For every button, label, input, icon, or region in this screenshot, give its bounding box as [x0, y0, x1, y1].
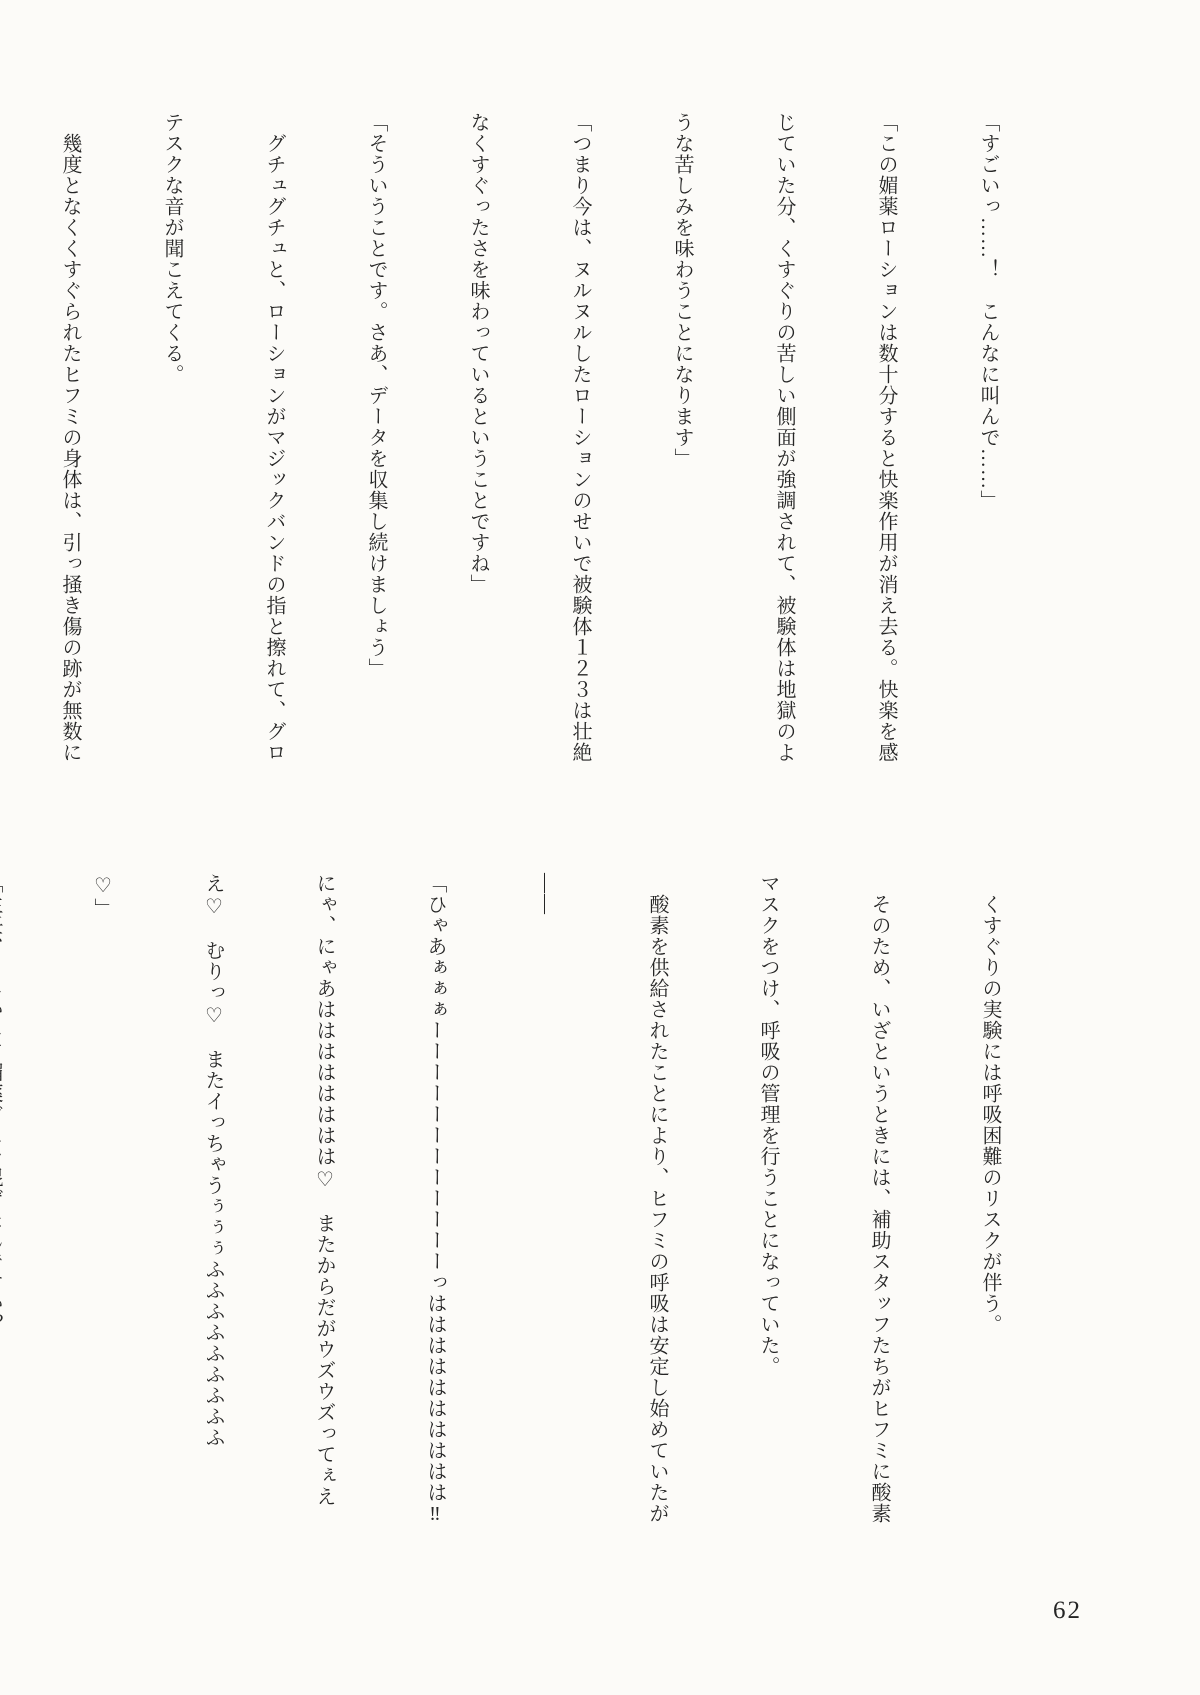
scanned-novel-page: 「すごいっ……！ こんなに叫んで……」 「この媚薬ローションは数十分すると快楽作… [0, 0, 1200, 1695]
text-column: にゃ、にゃあはははははははは♡ またからだがウズウズってぇえ [305, 873, 342, 1541]
upper-text-block: 「すごいっ……！ こんなに叫んで……」 「この媚薬ローションは数十分すると快楽作… [0, 112, 1073, 774]
text-column: テスクな音が聞こえてくる。 [155, 112, 189, 774]
text-column: え♡ むりっ♡ またイっちゃうぅぅぅふふふふふふふふふ [194, 873, 231, 1541]
text-column: 幾度となくくすぐられたヒフミの身体は、引っ掻き傷の跡が無数に [53, 112, 87, 774]
text-column: なくすぐったさを味わっているということですね」 [461, 112, 495, 774]
text-column: 「すごいっ……！ こんなに叫んで……」 [971, 112, 1005, 774]
text-column: マスクをつけ、呼吸の管理を行うことになっていた。 [749, 873, 786, 1541]
text-column: 「つまり今は、ヌルヌルしたローションのせいで被験体１２３は壮絶 [563, 112, 597, 774]
text-column: 「主任、もしかして媚薬ガスを混ぜたんですか？」 [0, 873, 9, 1541]
text-column: 「そういうことです。さあ、データを収集し続けましょう」 [359, 112, 393, 774]
text-column: ―― [527, 873, 564, 1541]
text-column: グチュグチュと、ローションがマジックバンドの指と擦れて、グロ [257, 112, 291, 774]
text-column: うな苦しみを味わうことになります」 [665, 112, 699, 774]
text-column: 酸素を供給されたことにより、ヒフミの呼吸は安定し始めていたが [638, 873, 675, 1541]
text-column: 「ひゃあぁぁぁーーーーーーーーーーーーっはははははははははは‼ [416, 873, 453, 1541]
text-column: ♡」 [83, 873, 120, 1541]
lower-text-block: くすぐりの実験には呼吸困難のリスクが伴う。 そのため、いざというときには、補助ス… [0, 873, 1082, 1541]
text-column: 「この媚薬ローションは数十分すると快楽作用が消え去る。快楽を感 [869, 112, 903, 774]
text-column: そのため、いざというときには、補助スタッフたちがヒフミに酸素 [860, 873, 897, 1541]
text-column: くすぐりの実験には呼吸困難のリスクが伴う。 [971, 873, 1008, 1541]
text-column: じていた分、くすぐりの苦しい側面が強調されて、被験体は地獄のよ [767, 112, 801, 774]
page-number: 62 [1053, 1597, 1082, 1625]
